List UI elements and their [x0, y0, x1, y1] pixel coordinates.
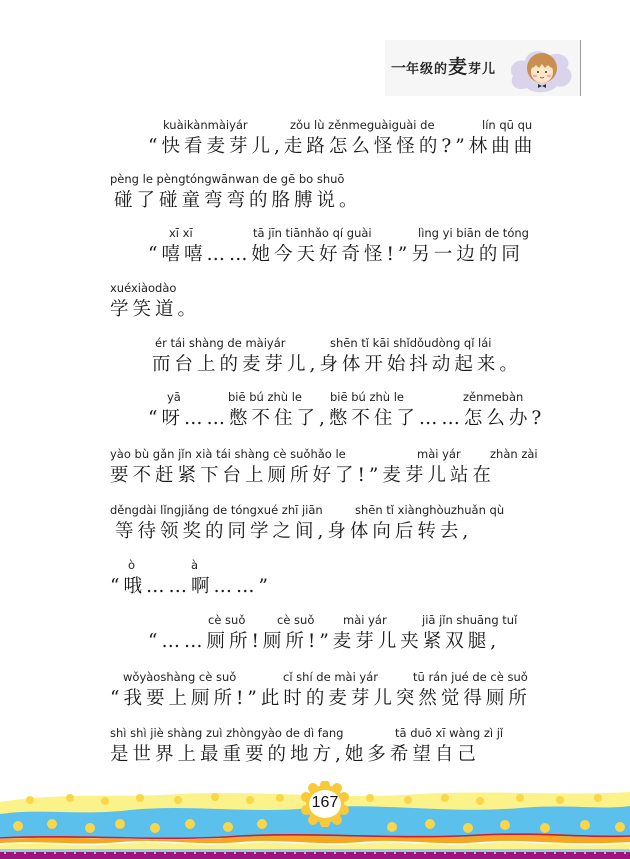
pinyin-annotation: tā duō xī wàng zì jǐ: [395, 726, 503, 740]
pinyin-annotation: shēn tǐ kāi shǐdǒudòng qǐ lái: [330, 336, 491, 350]
pinyin-annotation: yào bù gǎn jǐn xià tái shàng cè suǒhǎo l…: [110, 447, 346, 461]
hanzi-text: “呀……憋不住了,憋不住了……怎么办?: [148, 407, 545, 431]
pinyin-annotation: pèng le pèngtóngwānwan de gē bo shuō: [110, 172, 344, 186]
hanzi-text: 要不赶紧下台上厕所好了!”麦芽儿站在: [110, 464, 495, 488]
pinyin-annotation: shì shì jiè shàng zuì zhòngyào de dì fan…: [110, 726, 344, 740]
pinyin-annotation: lìng yi biān de tóng: [418, 226, 529, 240]
chapter-title-emphasis: 麦: [448, 56, 468, 78]
pinyin-annotation: lín qū qu: [482, 118, 532, 132]
text-line: děngdài lǐngjiǎng de tóngxué zhī jiānshē…: [0, 503, 630, 555]
text-line: wǒyàoshàng cè suǒcǐ shí de mài yártū rán…: [0, 670, 630, 722]
text-line: kuàikànmàiyárzǒu lù zěnmeguàiguài delín …: [0, 118, 630, 170]
hanzi-text: 碰了碰童弯弯的胳膊说。: [114, 189, 362, 213]
text-line: yābiē bú zhù lebiē bú zhù lezěnmebàn“呀………: [0, 390, 630, 442]
hanzi-text: 学笑道。: [110, 298, 200, 322]
hanzi-text: “……厕所!厕所!”麦芽儿夹紧双腿,: [148, 630, 500, 654]
pinyin-annotation: xī xī: [169, 226, 193, 240]
pinyin-annotation: děngdài lǐngjiǎng de tóngxué zhī jiān: [110, 503, 323, 517]
text-line: òà“哦……啊……”: [0, 558, 630, 610]
text-line: xī xītā jīn tiānhǎo qí guàilìng yi biān …: [0, 226, 630, 278]
pinyin-annotation: zǒu lù zěnmeguàiguài de: [290, 118, 435, 132]
hanzi-text: 而台上的麦芽儿,身体开始抖动起来。: [152, 353, 522, 377]
girl-face-icon: [507, 46, 577, 94]
pinyin-annotation: à: [191, 558, 198, 572]
pinyin-annotation: yā: [167, 390, 181, 404]
hanzi-text: 是世界上最重要的地方,她多希望自己: [110, 743, 480, 767]
chapter-title-part: 一: [391, 59, 406, 77]
text-line: pèng le pèngtóngwānwan de gē bo shuō碰了碰童…: [0, 172, 630, 224]
chapter-title: 一年级的麦芽儿: [391, 52, 496, 79]
hanzi-text: “我要上厕所!”此时的麦芽儿突然觉得厕所: [110, 687, 531, 711]
hanzi-text: 等待领奖的同学之间,身体向后转去,: [115, 520, 472, 544]
text-line: yào bù gǎn jǐn xià tái shàng cè suǒhǎo l…: [0, 447, 630, 499]
text-line: cè suǒcè suǒmài yárjiā jǐn shuāng tuǐ“………: [0, 613, 630, 665]
hanzi-text: “嘻嘻……她今天好奇怪!”另一边的同: [148, 243, 524, 267]
pinyin-annotation: cǐ shí de mài yár: [283, 670, 378, 684]
text-line: ér tái shàng de màiyárshēn tǐ kāi shǐdǒu…: [0, 336, 630, 388]
pinyin-annotation: shēn tǐ xiànghòuzhuǎn qù: [355, 503, 504, 517]
pinyin-annotation: cè suǒ: [208, 613, 245, 627]
pinyin-annotation: wǒyàoshàng cè suǒ: [123, 670, 236, 684]
page-number: 167: [300, 790, 350, 816]
pinyin-annotation: ò: [128, 558, 135, 572]
pinyin-annotation: tū rán jué de cè suǒ: [413, 670, 528, 684]
pinyin-annotation: biē bú zhù le: [330, 390, 404, 404]
text-line: shì shì jiè shàng zuì zhòngyào de dì fan…: [0, 726, 630, 778]
pinyin-annotation: mài yár: [343, 613, 387, 627]
chapter-title-part: 芽儿: [468, 62, 496, 77]
chapter-header-badge: 一年级的麦芽儿: [385, 40, 581, 96]
pinyin-annotation: ér tái shàng de màiyár: [155, 336, 286, 350]
text-line: xuéxiàodào学笑道。: [0, 281, 630, 333]
pinyin-annotation: kuàikànmàiyár: [163, 118, 248, 132]
hanzi-text: “快看麦芽儿,走路怎么怪怪的?”林曲曲: [148, 135, 536, 159]
pinyin-annotation: tā jīn tiānhǎo qí guài: [253, 226, 372, 240]
pinyin-annotation: jiā jǐn shuāng tuǐ: [422, 613, 517, 627]
pinyin-annotation: xuéxiàodào: [110, 281, 176, 295]
pinyin-annotation: zěnmebàn: [463, 390, 523, 404]
pinyin-annotation: mài yár: [417, 447, 461, 461]
pinyin-annotation: biē bú zhù le: [228, 390, 302, 404]
pinyin-annotation: cè suǒ: [277, 613, 314, 627]
hanzi-text: “哦……啊……”: [110, 575, 272, 599]
chapter-title-part: 年级的: [406, 62, 448, 77]
pinyin-annotation: zhàn zài: [490, 447, 538, 461]
